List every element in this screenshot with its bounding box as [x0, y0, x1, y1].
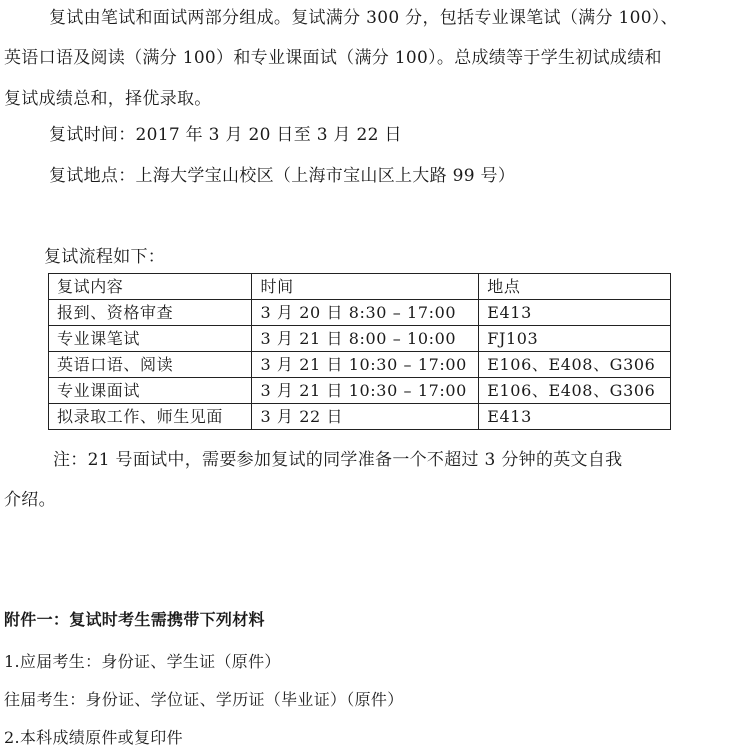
intro-paragraph-line-1: 复试由笔试和面试两部分组成。复试满分 300 分，包括专业课笔试（满分 100）…: [49, 8, 678, 28]
cell-location: E106、E408、G306: [479, 378, 671, 404]
attachment-item: 1.应届考生：身份证、学生证（原件）: [4, 652, 281, 672]
cell-content: 英语口语、阅读: [49, 352, 252, 378]
table-row: 拟录取工作、师生见面 3 月 22 日 E413: [49, 404, 671, 430]
table-row: 专业课面试 3 月 21 日 10:30 – 17:00 E106、E408、G…: [49, 378, 671, 404]
table-header-row: 复试内容 时间 地点: [49, 274, 671, 300]
cell-time: 3 月 21 日 8:00 – 10:00: [252, 326, 479, 352]
cell-location: E413: [479, 300, 671, 326]
cell-content: 报到、资格审查: [49, 300, 252, 326]
cell-location: FJ103: [479, 326, 671, 352]
intro-paragraph-line-3: 复试成绩总和，择优录取。: [4, 89, 212, 109]
table-row: 英语口语、阅读 3 月 21 日 10:30 – 17:00 E106、E408…: [49, 352, 671, 378]
cell-content: 拟录取工作、师生见面: [49, 404, 252, 430]
cell-time: 3 月 21 日 10:30 – 17:00: [252, 352, 479, 378]
note-line-1: 注：21 号面试中，需要参加复试的同学准备一个不超过 3 分钟的英文自我: [53, 450, 622, 470]
table-row: 专业课笔试 3 月 21 日 8:00 – 10:00 FJ103: [49, 326, 671, 352]
header-content: 复试内容: [49, 274, 252, 300]
schedule-table: 复试内容 时间 地点 报到、资格审查 3 月 20 日 8:30 – 17:00…: [48, 273, 671, 430]
note-line-2: 介绍。: [4, 490, 56, 510]
cell-time: 3 月 20 日 8:30 – 17:00: [252, 300, 479, 326]
cell-time: 3 月 21 日 10:30 – 17:00: [252, 378, 479, 404]
cell-content: 专业课面试: [49, 378, 252, 404]
cell-location: E413: [479, 404, 671, 430]
cell-time: 3 月 22 日: [252, 404, 479, 430]
attachment-title: 附件一：复试时考生需携带下列材料: [4, 610, 265, 630]
attachment-item: 往届考生：身份证、学位证、学历证（毕业证）（原件）: [4, 690, 404, 710]
exam-location: 复试地点：上海大学宝山校区（上海市宝山区上大路 99 号）: [49, 166, 515, 186]
exam-time: 复试时间：2017 年 3 月 20 日至 3 月 22 日: [49, 125, 402, 145]
table-row: 报到、资格审查 3 月 20 日 8:30 – 17:00 E413: [49, 300, 671, 326]
schedule-caption: 复试流程如下：: [44, 247, 165, 267]
intro-paragraph-line-2: 英语口语及阅读（满分 100）和专业课面试（满分 100）。总成绩等于学生初试成…: [4, 48, 662, 68]
header-time: 时间: [252, 274, 479, 300]
header-location: 地点: [479, 274, 671, 300]
attachment-item: 2.本科成绩原件或复印件: [4, 728, 183, 748]
cell-location: E106、E408、G306: [479, 352, 671, 378]
cell-content: 专业课笔试: [49, 326, 252, 352]
